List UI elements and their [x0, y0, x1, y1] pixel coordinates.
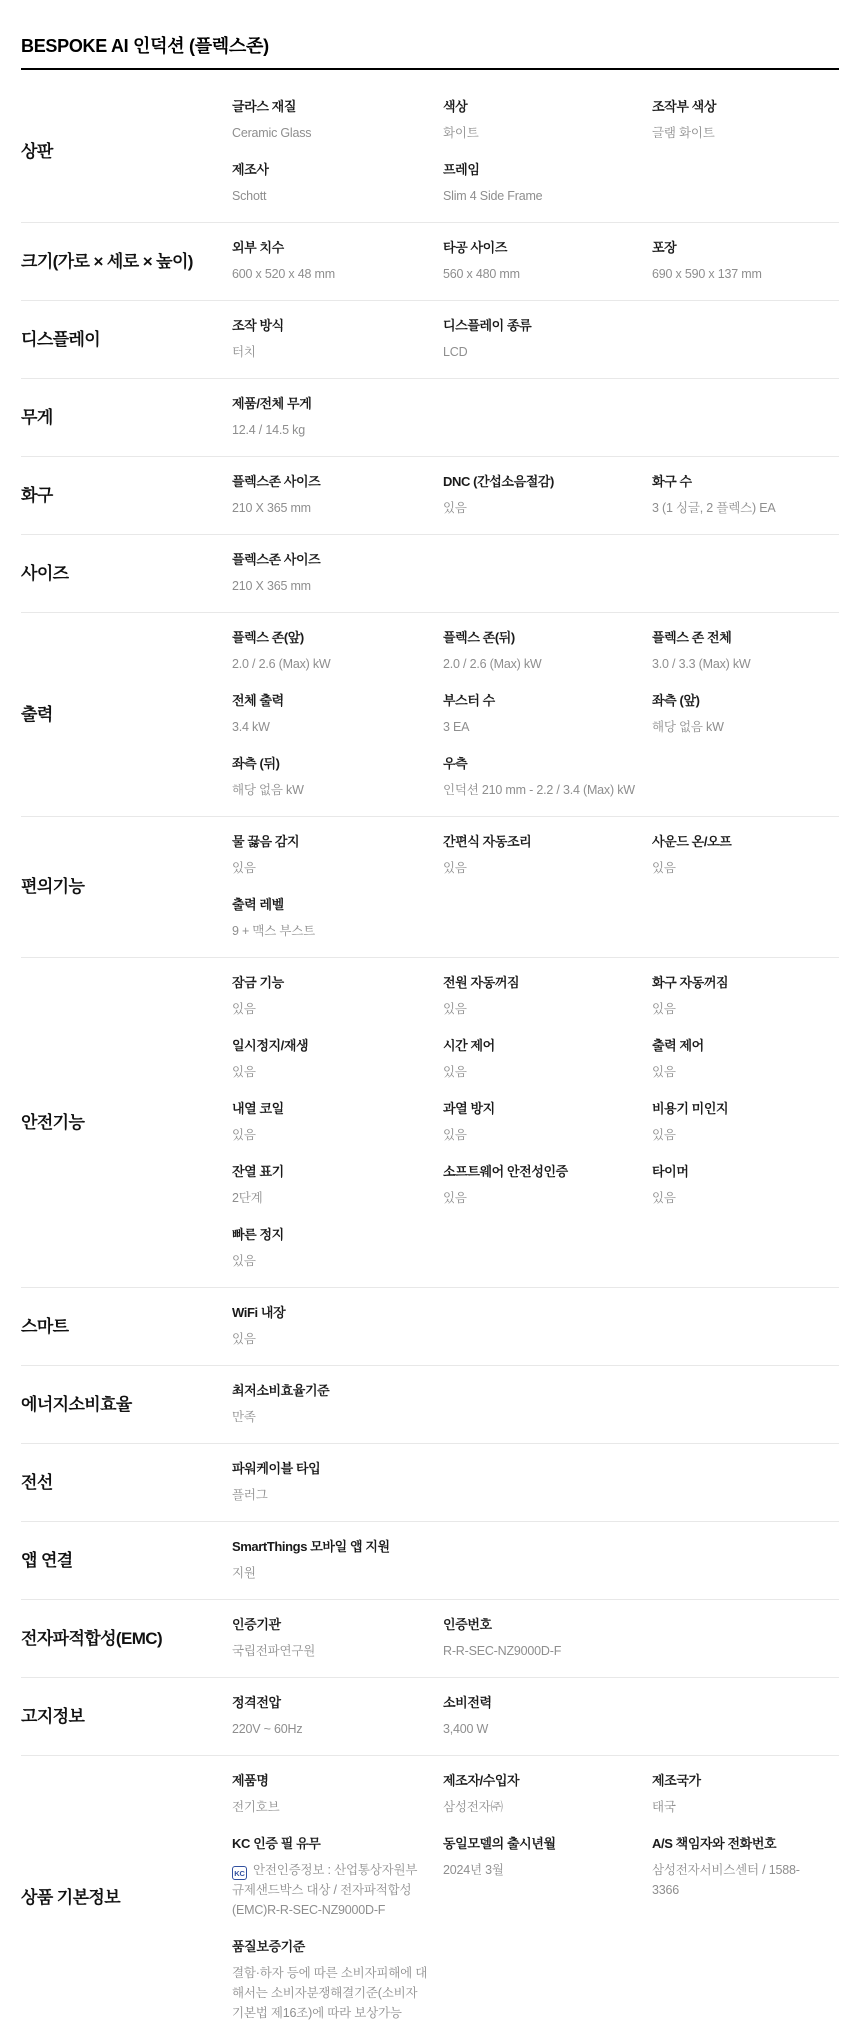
spec-key: 정격전압 — [232, 1694, 429, 1711]
spec-section: 화구플렉스존 사이즈210 X 365 mmDNC (간섭소음절감)있음화구 수… — [21, 456, 839, 534]
spec-cell: 잔열 표기2단계 — [232, 1157, 443, 1214]
spec-cell: 디스플레이 종류LCD — [443, 311, 652, 368]
spec-value: KC안전인증정보 : 산업통상자원부 규제샌드박스 대상 / 전자파적합성(EM… — [232, 1860, 429, 1920]
spec-cell: 비용기 미인지있음 — [652, 1094, 839, 1151]
spec-row: 품질보증기준결함·하자 등에 따른 소비자피해에 대해서는 소비자분쟁해결기준(… — [232, 1932, 839, 2029]
spec-key: 색상 — [443, 98, 638, 115]
spec-row: 좌측 (뒤)해당 없음 kW우측인덕션 210 mm - 2.2 / 3.4 (… — [232, 749, 839, 806]
spec-value: 12.4 / 14.5 kg — [232, 420, 429, 440]
spec-cell: 물 끓음 감지있음 — [232, 827, 443, 884]
spec-key: 빠른 정지 — [232, 1226, 429, 1243]
spec-value: 690 x 590 x 137 mm — [652, 264, 825, 284]
section-content: 플렉스 존(앞)2.0 / 2.6 (Max) kW플렉스 존(뒤)2.0 / … — [232, 623, 839, 806]
spec-cell: 제품명전기호브 — [232, 1766, 443, 1823]
spec-cell: 최저소비효율기준만족 — [232, 1376, 443, 1433]
spec-row: 일시정지/재생있음시간 제어있음출력 제어있음 — [232, 1031, 839, 1088]
section-content: 외부 치수600 x 520 x 48 mm타공 사이즈560 x 480 mm… — [232, 233, 839, 290]
spec-key: 화구 자동꺼짐 — [652, 974, 825, 991]
section-label: 사이즈 — [21, 545, 232, 602]
section-content: 최저소비효율기준만족 — [232, 1376, 839, 1433]
spec-cell: 외부 치수600 x 520 x 48 mm — [232, 233, 443, 290]
spec-row: 빠른 정지있음 — [232, 1220, 839, 1277]
spec-cell: 전원 자동꺼짐있음 — [443, 968, 652, 1025]
spec-key: 조작부 색상 — [652, 98, 825, 115]
spec-cell: 제조자/수입자삼성전자㈜ — [443, 1766, 652, 1823]
spec-row: 인증기관국립전파연구원인증번호R-R-SEC-NZ9000D-F — [232, 1610, 839, 1667]
spec-value: 있음 — [232, 1062, 429, 1082]
section-content: 플렉스존 사이즈210 X 365 mmDNC (간섭소음절감)있음화구 수3 … — [232, 467, 839, 524]
spec-row: 플렉스존 사이즈210 X 365 mm — [232, 545, 839, 602]
spec-cell: 동일모델의 출시년월2024년 3월 — [443, 1829, 652, 1926]
spec-cell: 플렉스 존(앞)2.0 / 2.6 (Max) kW — [232, 623, 443, 680]
spec-key: 품질보증기준 — [232, 1938, 429, 1955]
section-content: 조작 방식터치디스플레이 종류LCD — [232, 311, 839, 368]
spec-value: 3.4 kW — [232, 717, 429, 737]
spec-section: 고지정보정격전압220V ~ 60Hz소비전력3,400 W — [21, 1677, 839, 1755]
spec-cell: 타공 사이즈560 x 480 mm — [443, 233, 652, 290]
spec-key: A/S 책임자와 전화번호 — [652, 1835, 825, 1852]
spec-value: 있음 — [652, 1062, 825, 1082]
spec-row: 내열 코일있음과열 방지있음비용기 미인지있음 — [232, 1094, 839, 1151]
section-label: 안전기능 — [21, 968, 232, 1277]
spec-value: 210 X 365 mm — [232, 576, 429, 596]
spec-cell: 조작부 색상글램 화이트 — [652, 92, 839, 149]
spec-sections: 상판글라스 재질Ceramic Glass색상화이트조작부 색상글램 화이트제조… — [21, 82, 839, 2039]
spec-key: 플렉스 존(앞) — [232, 629, 429, 646]
spec-value: 있음 — [443, 498, 638, 518]
spec-value: 3,400 W — [443, 1719, 638, 1739]
section-label: 에너지소비효율 — [21, 1376, 232, 1433]
section-content: 인증기관국립전파연구원인증번호R-R-SEC-NZ9000D-F — [232, 1610, 839, 1667]
spec-key: 출력 레벨 — [232, 896, 429, 913]
spec-value: 있음 — [232, 1329, 429, 1349]
spec-value: 있음 — [232, 1251, 429, 1271]
spec-value: 국립전파연구원 — [232, 1641, 429, 1661]
spec-key: 포장 — [652, 239, 825, 256]
spec-section: 스마트WiFi 내장있음 — [21, 1287, 839, 1365]
spec-cell: 소비전력3,400 W — [443, 1688, 652, 1745]
spec-cell: 플렉스 존 전체3.0 / 3.3 (Max) kW — [652, 623, 839, 680]
spec-key: 내열 코일 — [232, 1100, 429, 1117]
spec-cell: 화구 수3 (1 싱글, 2 플렉스) EA — [652, 467, 839, 524]
spec-cell: 과열 방지있음 — [443, 1094, 652, 1151]
section-label: 크기(가로 × 세로 × 높이) — [21, 233, 232, 290]
spec-key: 동일모델의 출시년월 — [443, 1835, 638, 1852]
section-content: 파워케이블 타입플러그 — [232, 1454, 839, 1511]
spec-key: 전원 자동꺼짐 — [443, 974, 638, 991]
spec-cell: 품질보증기준결함·하자 등에 따른 소비자피해에 대해서는 소비자분쟁해결기준(… — [232, 1932, 443, 2029]
section-content: 물 끓음 감지있음간편식 자동조리있음사운드 온/오프있음출력 레벨9 + 맥스… — [232, 827, 839, 947]
spec-key: 좌측 (뒤) — [232, 755, 429, 772]
spec-value: 해당 없음 kW — [232, 780, 429, 800]
section-label: 고지정보 — [21, 1688, 232, 1745]
spec-cell: 잠금 기능있음 — [232, 968, 443, 1025]
spec-value: 210 X 365 mm — [232, 498, 429, 518]
spec-row: 최저소비효율기준만족 — [232, 1376, 839, 1433]
spec-value: 터치 — [232, 342, 429, 362]
spec-value: 9 + 맥스 부스트 — [232, 921, 429, 941]
spec-cell: 파워케이블 타입플러그 — [232, 1454, 443, 1511]
spec-key: 타이머 — [652, 1163, 825, 1180]
spec-key: 인증번호 — [443, 1616, 638, 1633]
spec-cell: 플렉스 존(뒤)2.0 / 2.6 (Max) kW — [443, 623, 652, 680]
spec-row: WiFi 내장있음 — [232, 1298, 839, 1355]
spec-cell: 타이머있음 — [652, 1157, 839, 1214]
section-content: 글라스 재질Ceramic Glass색상화이트조작부 색상글램 화이트제조사S… — [232, 92, 839, 212]
spec-cell: 내열 코일있음 — [232, 1094, 443, 1151]
spec-cell: 조작 방식터치 — [232, 311, 443, 368]
spec-key: 화구 수 — [652, 473, 825, 490]
spec-key: 과열 방지 — [443, 1100, 638, 1117]
spec-cell: 사운드 온/오프있음 — [652, 827, 839, 884]
section-label: 화구 — [21, 467, 232, 524]
spec-row: 출력 레벨9 + 맥스 부스트 — [232, 890, 839, 947]
spec-row: 외부 치수600 x 520 x 48 mm타공 사이즈560 x 480 mm… — [232, 233, 839, 290]
spec-row: 제품명전기호브제조자/수입자삼성전자㈜제조국가태국 — [232, 1766, 839, 1823]
spec-value: 있음 — [443, 1188, 638, 1208]
spec-key: 전체 출력 — [232, 692, 429, 709]
spec-cell: 좌측 (앞)해당 없음 kW — [652, 686, 839, 743]
spec-section: 상품 기본정보제품명전기호브제조자/수입자삼성전자㈜제조국가태국KC 인증 필 … — [21, 1755, 839, 2039]
spec-value: 3 EA — [443, 717, 638, 737]
spec-key: 외부 치수 — [232, 239, 429, 256]
spec-section: 무게제품/전체 무게12.4 / 14.5 kg — [21, 378, 839, 456]
section-label: 디스플레이 — [21, 311, 232, 368]
section-content: 잠금 기능있음전원 자동꺼짐있음화구 자동꺼짐있음일시정지/재생있음시간 제어있… — [232, 968, 839, 1277]
section-content: 제품명전기호브제조자/수입자삼성전자㈜제조국가태국KC 인증 필 유무KC안전인… — [232, 1766, 839, 2029]
page-title: BESPOKE AI 인덕션 (플렉스존) — [21, 12, 839, 70]
spec-cell: 전체 출력3.4 kW — [232, 686, 443, 743]
spec-value: 600 x 520 x 48 mm — [232, 264, 429, 284]
spec-key: 플렉스 존(뒤) — [443, 629, 638, 646]
spec-value: Slim 4 Side Frame — [443, 186, 638, 206]
spec-value: Schott — [232, 186, 429, 206]
section-content: SmartThings 모바일 앱 지원지원 — [232, 1532, 839, 1589]
spec-cell: 제조국가태국 — [652, 1766, 839, 1823]
spec-value: Ceramic Glass — [232, 123, 429, 143]
spec-key: 시간 제어 — [443, 1037, 638, 1054]
spec-key: 비용기 미인지 — [652, 1100, 825, 1117]
spec-cell: 플렉스존 사이즈210 X 365 mm — [232, 467, 443, 524]
spec-key: 제품/전체 무게 — [232, 395, 429, 412]
spec-key: 사운드 온/오프 — [652, 833, 825, 850]
spec-key: 물 끓음 감지 — [232, 833, 429, 850]
spec-value: 삼성전자㈜ — [443, 1797, 638, 1817]
spec-row: SmartThings 모바일 앱 지원지원 — [232, 1532, 839, 1589]
spec-value: 지원 — [232, 1563, 429, 1583]
section-label: 앱 연결 — [21, 1532, 232, 1589]
spec-section: 앱 연결SmartThings 모바일 앱 지원지원 — [21, 1521, 839, 1599]
spec-value: 만족 — [232, 1407, 429, 1427]
spec-cell: 인증번호R-R-SEC-NZ9000D-F — [443, 1610, 652, 1667]
spec-key: WiFi 내장 — [232, 1304, 429, 1321]
spec-value: 있음 — [443, 999, 638, 1019]
spec-cell: 플렉스존 사이즈210 X 365 mm — [232, 545, 443, 602]
spec-value: 220V ~ 60Hz — [232, 1719, 429, 1739]
spec-value: 있음 — [652, 1188, 825, 1208]
spec-row: 글라스 재질Ceramic Glass색상화이트조작부 색상글램 화이트 — [232, 92, 839, 149]
spec-cell: SmartThings 모바일 앱 지원지원 — [232, 1532, 443, 1589]
spec-value: 태국 — [652, 1797, 825, 1817]
spec-row: 물 끓음 감지있음간편식 자동조리있음사운드 온/오프있음 — [232, 827, 839, 884]
spec-value: 인덕션 210 mm - 2.2 / 3.4 (Max) kW — [443, 780, 638, 800]
spec-cell: 시간 제어있음 — [443, 1031, 652, 1088]
spec-key: DNC (간섭소음절감) — [443, 473, 638, 490]
spec-cell: KC 인증 필 유무KC안전인증정보 : 산업통상자원부 규제샌드박스 대상 /… — [232, 1829, 443, 1926]
spec-section: 사이즈플렉스존 사이즈210 X 365 mm — [21, 534, 839, 612]
spec-value: 있음 — [652, 999, 825, 1019]
spec-row: 전체 출력3.4 kW부스터 수3 EA좌측 (앞)해당 없음 kW — [232, 686, 839, 743]
spec-cell: 프레임Slim 4 Side Frame — [443, 155, 652, 212]
spec-cell: 간편식 자동조리있음 — [443, 827, 652, 884]
spec-row: 제조사Schott프레임Slim 4 Side Frame — [232, 155, 839, 212]
spec-value: 해당 없음 kW — [652, 717, 825, 737]
kc-mark-icon: KC — [232, 1866, 247, 1880]
spec-value: 560 x 480 mm — [443, 264, 638, 284]
spec-value: 3 (1 싱글, 2 플렉스) EA — [652, 498, 825, 518]
spec-value: 2024년 3월 — [443, 1860, 638, 1880]
spec-key: 글라스 재질 — [232, 98, 429, 115]
spec-value: 있음 — [443, 1125, 638, 1145]
spec-value: 2단계 — [232, 1188, 429, 1208]
spec-key: 디스플레이 종류 — [443, 317, 638, 334]
spec-cell: 색상화이트 — [443, 92, 652, 149]
spec-row: 파워케이블 타입플러그 — [232, 1454, 839, 1511]
section-content: 제품/전체 무게12.4 / 14.5 kg — [232, 389, 839, 446]
spec-row: 정격전압220V ~ 60Hz소비전력3,400 W — [232, 1688, 839, 1745]
spec-value: 있음 — [652, 858, 825, 878]
spec-key: 일시정지/재생 — [232, 1037, 429, 1054]
spec-key: 제조국가 — [652, 1772, 825, 1789]
spec-value: 2.0 / 2.6 (Max) kW — [232, 654, 429, 674]
section-label: 상품 기본정보 — [21, 1766, 232, 2029]
spec-key: 파워케이블 타입 — [232, 1460, 429, 1477]
spec-value: 3.0 / 3.3 (Max) kW — [652, 654, 825, 674]
spec-cell: 일시정지/재생있음 — [232, 1031, 443, 1088]
spec-value: 플러그 — [232, 1485, 429, 1505]
spec-key: 제조자/수입자 — [443, 1772, 638, 1789]
spec-cell: 좌측 (뒤)해당 없음 kW — [232, 749, 443, 806]
spec-key: 제품명 — [232, 1772, 429, 1789]
spec-row: 잔열 표기2단계소프트웨어 안전성인증있음타이머있음 — [232, 1157, 839, 1214]
spec-cell: A/S 책임자와 전화번호삼성전자서비스센터 / 1588-3366 — [652, 1829, 839, 1926]
spec-cell: 출력 레벨9 + 맥스 부스트 — [232, 890, 443, 947]
spec-cell: 빠른 정지있음 — [232, 1220, 443, 1277]
section-label: 전선 — [21, 1454, 232, 1511]
spec-value: 있음 — [232, 999, 429, 1019]
spec-value: 화이트 — [443, 123, 638, 143]
spec-row: 잠금 기능있음전원 자동꺼짐있음화구 자동꺼짐있음 — [232, 968, 839, 1025]
spec-key: 우측 — [443, 755, 638, 772]
section-label: 출력 — [21, 623, 232, 806]
section-content: 플렉스존 사이즈210 X 365 mm — [232, 545, 839, 602]
spec-value: 삼성전자서비스센터 / 1588-3366 — [652, 1860, 825, 1900]
section-content: 정격전압220V ~ 60Hz소비전력3,400 W — [232, 1688, 839, 1745]
spec-key: 소프트웨어 안전성인증 — [443, 1163, 638, 1180]
spec-cell: 글라스 재질Ceramic Glass — [232, 92, 443, 149]
spec-key: 간편식 자동조리 — [443, 833, 638, 850]
spec-cell: 소프트웨어 안전성인증있음 — [443, 1157, 652, 1214]
spec-value: 글램 화이트 — [652, 123, 825, 143]
spec-key: 출력 제어 — [652, 1037, 825, 1054]
spec-cell: WiFi 내장있음 — [232, 1298, 443, 1355]
spec-value: 있음 — [443, 858, 638, 878]
spec-key: 부스터 수 — [443, 692, 638, 709]
spec-value: 있음 — [443, 1062, 638, 1082]
spec-key: 인증기관 — [232, 1616, 429, 1633]
spec-value: 있음 — [652, 1125, 825, 1145]
spec-cell: 출력 제어있음 — [652, 1031, 839, 1088]
spec-value: 있음 — [232, 1125, 429, 1145]
spec-key: 타공 사이즈 — [443, 239, 638, 256]
spec-section: 에너지소비효율최저소비효율기준만족 — [21, 1365, 839, 1443]
spec-row: 플렉스 존(앞)2.0 / 2.6 (Max) kW플렉스 존(뒤)2.0 / … — [232, 623, 839, 680]
spec-cell: 부스터 수3 EA — [443, 686, 652, 743]
spec-row: 조작 방식터치디스플레이 종류LCD — [232, 311, 839, 368]
spec-key: 조작 방식 — [232, 317, 429, 334]
spec-cell: 제품/전체 무게12.4 / 14.5 kg — [232, 389, 443, 446]
spec-key: SmartThings 모바일 앱 지원 — [232, 1538, 429, 1555]
spec-value: R-R-SEC-NZ9000D-F — [443, 1641, 638, 1661]
spec-section: 크기(가로 × 세로 × 높이)외부 치수600 x 520 x 48 mm타공… — [21, 222, 839, 300]
spec-section: 안전기능잠금 기능있음전원 자동꺼짐있음화구 자동꺼짐있음일시정지/재생있음시간… — [21, 957, 839, 1287]
spec-row: 플렉스존 사이즈210 X 365 mmDNC (간섭소음절감)있음화구 수3 … — [232, 467, 839, 524]
spec-key: 좌측 (앞) — [652, 692, 825, 709]
spec-key: 플렉스 존 전체 — [652, 629, 825, 646]
spec-section: 디스플레이조작 방식터치디스플레이 종류LCD — [21, 300, 839, 378]
spec-key: 소비전력 — [443, 1694, 638, 1711]
spec-value: LCD — [443, 342, 638, 362]
spec-cell: 포장690 x 590 x 137 mm — [652, 233, 839, 290]
section-label: 무게 — [21, 389, 232, 446]
section-label: 스마트 — [21, 1298, 232, 1355]
spec-section: 전자파적합성(EMC)인증기관국립전파연구원인증번호R-R-SEC-NZ9000… — [21, 1599, 839, 1677]
section-label: 편의기능 — [21, 827, 232, 947]
spec-key: 잠금 기능 — [232, 974, 429, 991]
spec-section: 상판글라스 재질Ceramic Glass색상화이트조작부 색상글램 화이트제조… — [21, 82, 839, 222]
spec-section: 편의기능물 끓음 감지있음간편식 자동조리있음사운드 온/오프있음출력 레벨9 … — [21, 816, 839, 957]
spec-value: 2.0 / 2.6 (Max) kW — [443, 654, 638, 674]
spec-key: 프레임 — [443, 161, 638, 178]
spec-key: 플렉스존 사이즈 — [232, 473, 429, 490]
spec-key: KC 인증 필 유무 — [232, 1835, 429, 1852]
spec-cell: DNC (간섭소음절감)있음 — [443, 467, 652, 524]
spec-value: 결함·하자 등에 따른 소비자피해에 대해서는 소비자분쟁해결기준(소비자기본법… — [232, 1963, 429, 2023]
section-label: 전자파적합성(EMC) — [21, 1610, 232, 1667]
section-label: 상판 — [21, 92, 232, 212]
spec-key: 잔열 표기 — [232, 1163, 429, 1180]
spec-cell: 인증기관국립전파연구원 — [232, 1610, 443, 1667]
spec-page: BESPOKE AI 인덕션 (플렉스존) 상판글라스 재질Ceramic Gl… — [0, 12, 860, 2039]
spec-value: 있음 — [232, 858, 429, 878]
spec-key: 플렉스존 사이즈 — [232, 551, 429, 568]
spec-cell: 화구 자동꺼짐있음 — [652, 968, 839, 1025]
spec-section: 전선파워케이블 타입플러그 — [21, 1443, 839, 1521]
spec-cell: 정격전압220V ~ 60Hz — [232, 1688, 443, 1745]
spec-row: 제품/전체 무게12.4 / 14.5 kg — [232, 389, 839, 446]
spec-cell: 제조사Schott — [232, 155, 443, 212]
spec-section: 출력플렉스 존(앞)2.0 / 2.6 (Max) kW플렉스 존(뒤)2.0 … — [21, 612, 839, 816]
spec-value: 전기호브 — [232, 1797, 429, 1817]
spec-key: 최저소비효율기준 — [232, 1382, 429, 1399]
spec-row: KC 인증 필 유무KC안전인증정보 : 산업통상자원부 규제샌드박스 대상 /… — [232, 1829, 839, 1926]
spec-key: 제조사 — [232, 161, 429, 178]
spec-cell: 우측인덕션 210 mm - 2.2 / 3.4 (Max) kW — [443, 749, 652, 806]
section-content: WiFi 내장있음 — [232, 1298, 839, 1355]
